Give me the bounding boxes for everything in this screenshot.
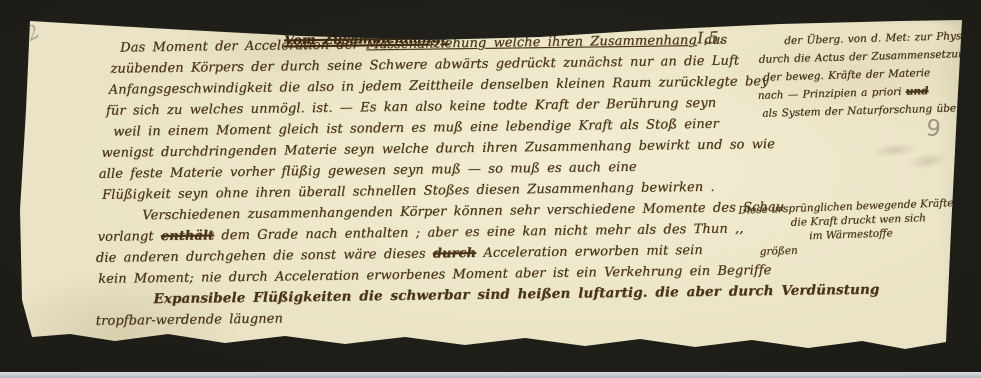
manuscript-page: 2 Vom Zusammenhange Das Moment der Accel… xyxy=(0,0,981,378)
page-number-pencil: 9 xyxy=(924,115,942,143)
struck-heading: Vom Zusammenhange xyxy=(284,28,449,51)
corner-pencil-mark: 2 xyxy=(23,20,44,45)
margin-column: der Überg. von d. Met: zur Physik gehtdu… xyxy=(752,27,959,123)
folio-mark: I,5. xyxy=(697,28,724,48)
scanner-bed-strip xyxy=(0,372,981,378)
margin-note: Diese ursprünglichen bewegende Kräftedie… xyxy=(700,196,972,261)
manuscript-text-block: Vom Zusammenhange Das Moment der Acceler… xyxy=(88,29,768,332)
scanned-manuscript-view: 2 Vom Zusammenhange Das Moment der Accel… xyxy=(0,0,981,378)
main-text-lines: Das Moment der Acceleration der Massenan… xyxy=(88,29,768,332)
